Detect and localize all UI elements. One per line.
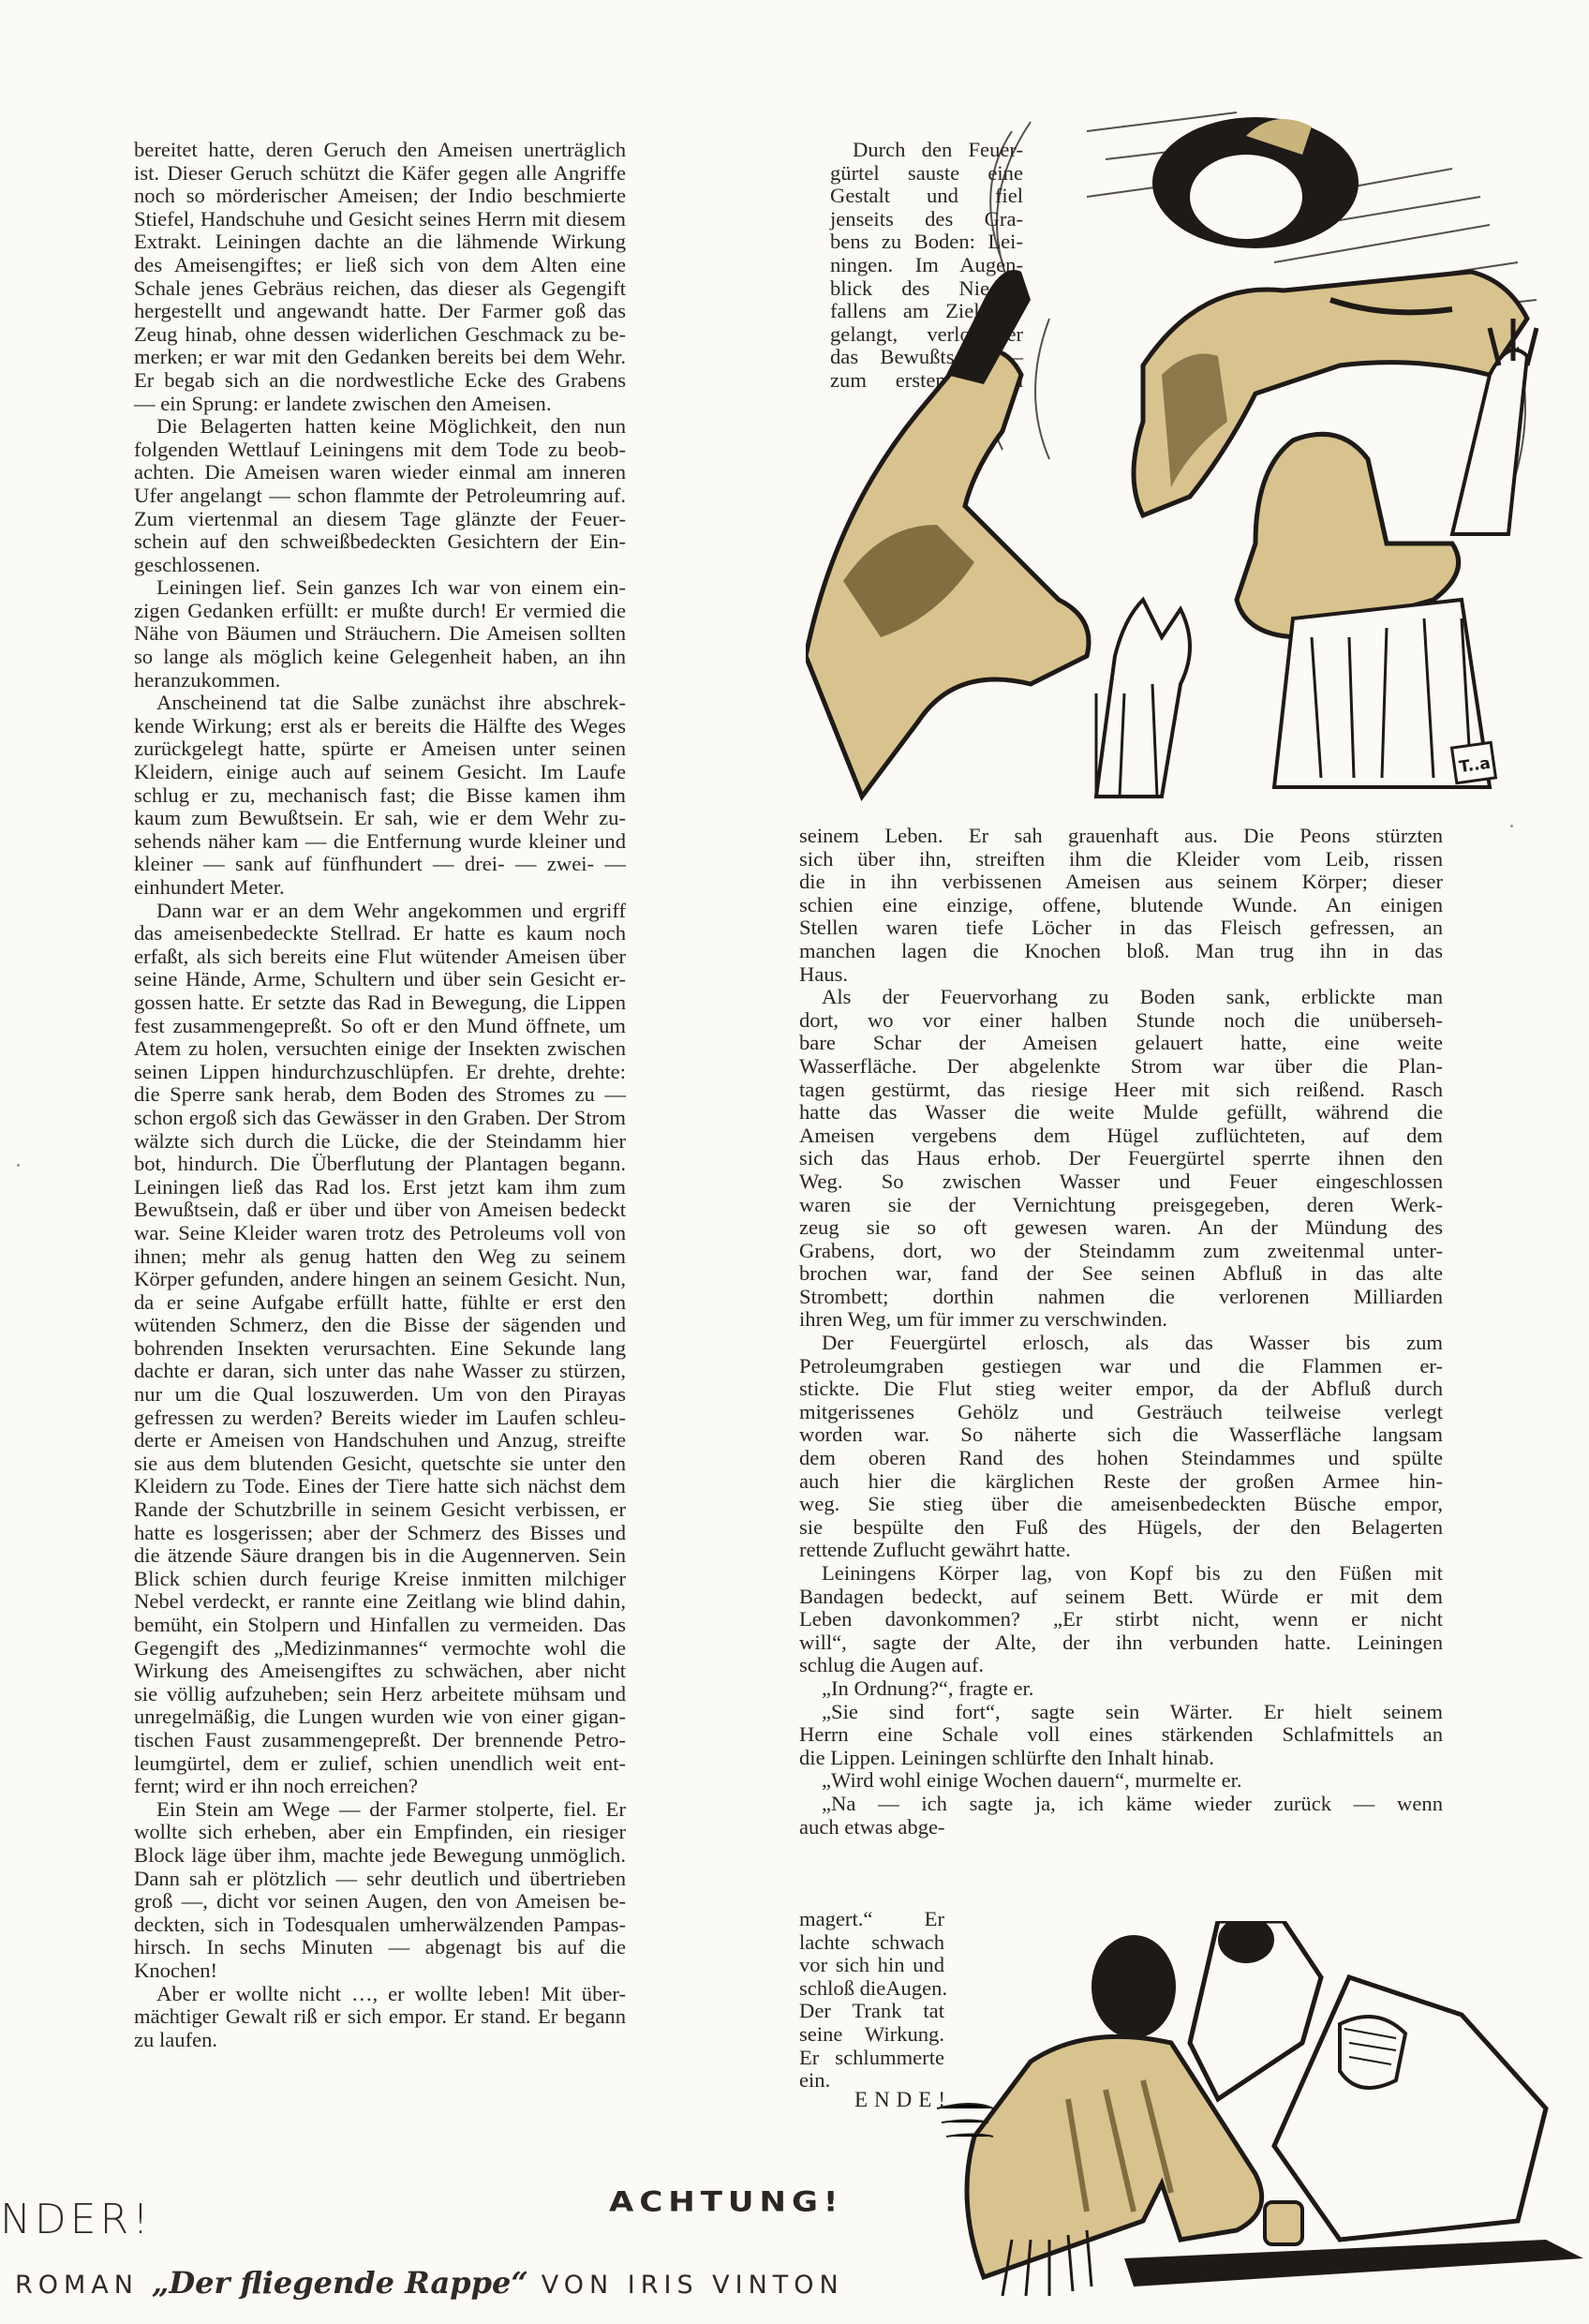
text-line: Zum viertenmal an diesem Tage glänzte de…	[134, 508, 626, 531]
text-line: deckten, sich in Todesqualen umherwälzen…	[134, 1914, 626, 1937]
text-line: Aber er wollte nicht …, er wollte leben!…	[134, 1983, 626, 2006]
text-line: einhundert Meter.	[134, 876, 626, 900]
text-line: rettende Zuflucht gewährt hatte.	[799, 1539, 1443, 1562]
text-line: tagen gestürmt, das riesige Heer mit sic…	[799, 1079, 1443, 1102]
text-line: wütenden Schmerz, den die Bisse der säge…	[134, 1314, 626, 1337]
text-line: ist. Dieser Geruch schützt die Käfer geg…	[134, 162, 626, 186]
text-line: Der Feuergürtel erlosch, als das Wasser …	[799, 1332, 1443, 1355]
text-line: Wirkung des Ameisengiftes zu schwächen, …	[134, 1660, 626, 1683]
banner-roman-title: „Der fliegende Rappe“	[152, 2265, 528, 2301]
text-line: bare Schar der Ameisen gelauert hatte, e…	[799, 1032, 1443, 1055]
text-line: Nähe von Bäumen und Sträuchern. Die Amei…	[134, 622, 626, 646]
bowl-icon	[1265, 2202, 1302, 2244]
text-line: schlug er zu, mechanisch fast; die Bisse…	[134, 784, 626, 808]
text-line: stickte. Die Flut stieg weiter empor, da…	[799, 1378, 1443, 1401]
text-line: Er begab sich an die nordwestliche Ecke …	[134, 369, 626, 393]
center-hands-figure	[1096, 600, 1190, 797]
text-line: sie völlig aufzuheben; sein Herz arbeite…	[134, 1683, 626, 1706]
text-line: Ufer angelangt — schon flammte der Petro…	[134, 484, 626, 508]
text-line: sie bespülte den Fuß des Hügels, der den…	[799, 1516, 1443, 1540]
text-line: heranzukommen.	[134, 669, 626, 693]
text-line: zu laufen.	[134, 2029, 626, 2052]
text-line: Zeug hinab, ohne dessen widerlichen Gesc…	[134, 323, 626, 347]
text-line: noch so mörderischer Ameisen; der Indio …	[134, 185, 626, 208]
text-line: ihren Weg, um für immer zu verschwinden.	[799, 1308, 1443, 1332]
banner-partial-word: NDER!	[0, 2196, 153, 2243]
text-line: erfaßt, als sich bereits eine Flut wüten…	[134, 946, 626, 969]
text-line: die Sperre sank herab, dem Boden des Str…	[134, 1083, 626, 1107]
text-line: waren sie der Vernichtung preisgegeben, …	[799, 1194, 1443, 1217]
text-line: zigen Gedanken erfüllt: er mußte durch! …	[134, 600, 626, 623]
text-line: brochen war, fand der See seinen Abfluß …	[799, 1262, 1443, 1286]
text-line: sich das Haus erhob. Der Feuergürtel spe…	[799, 1147, 1443, 1170]
text-line: schlug die Augen auf.	[799, 1654, 1443, 1677]
text-line: das ameisenbedeckte Stellrad. Er hatte e…	[134, 922, 626, 946]
text-line: Ameisen vergebens dem Hügel zuflüchteten…	[799, 1125, 1443, 1148]
text-line: schien eine einzige, offene, blutende Wu…	[799, 894, 1443, 917]
text-line: tischen Faust zusammengepreßt. Der brenn…	[134, 1729, 626, 1752]
artist-signature-icon: T..a	[1452, 742, 1496, 782]
sombrero-man-figure	[1237, 319, 1537, 787]
text-line: folgenden Wettlauf Leiningens mit dem To…	[134, 439, 626, 462]
text-line: fernt; wird er ihn noch erreichen?	[134, 1775, 626, 1798]
leaping-man-illustration: T..a	[806, 94, 1589, 815]
text-line: die ätzende Säure drangen bis in die Aug…	[134, 1544, 626, 1568]
text-line: hergestellt und angewandt hatte. Der Far…	[134, 300, 626, 323]
text-line: Körper gefunden, andere hingen an seinem…	[134, 1268, 626, 1291]
text-line: Leben davonkommen? „Er stirbt nicht, wen…	[799, 1608, 1443, 1631]
text-line: derte er Ameisen von Handschuhen und Anz…	[134, 1429, 626, 1452]
text-line: kende Wirkung; erst als er bereits die H…	[134, 715, 626, 738]
text-line: bot, hindurch. Die Überflutung der Plant…	[134, 1153, 626, 1176]
text-line: Der Trank tat	[799, 2000, 944, 2023]
text-line: kleiner — sank auf fünfhundert — drei- —…	[134, 853, 626, 876]
text-line: vor sich hin und	[799, 1954, 944, 1977]
text-line: war. Seine Kleider waren trotz des Petro…	[134, 1222, 626, 1245]
banner-novel-announcement: ROMAN„Der fliegende Rappe“VON IRIS VINTO…	[15, 2265, 844, 2301]
text-line: geschlossenen.	[134, 554, 626, 577]
banner-achtung-heading: ACHTUNG!	[609, 2186, 843, 2218]
text-line: Strombett; dorthin nahmen die verlorenen…	[799, 1286, 1443, 1309]
text-line: Kleidern zu Tode. Eines der Tiere hatte …	[134, 1475, 626, 1498]
text-line: nur um die Qual loszuwerden. Um von den …	[134, 1383, 626, 1407]
text-line: „In Ordnung?“, fragte er.	[799, 1677, 1443, 1701]
left-man-figure	[806, 270, 1089, 797]
text-line: sehends näher kam — die Entfernung wurde…	[134, 830, 626, 854]
text-line: Nebel verdeckt, er rannte eine Zeitlang …	[134, 1590, 626, 1614]
text-line: auch etwas abge-	[799, 1816, 1443, 1840]
text-line: Leiningen lief. Sein ganzes Ich war von …	[134, 576, 626, 600]
text-line: Kleidern, einige auch auf seinem Gesicht…	[134, 761, 626, 784]
text-line: gossen hatte. Er setzte das Rad in Beweg…	[134, 991, 626, 1015]
text-line: fest zusammengepreßt. So oft er den Mund…	[134, 1015, 626, 1038]
standing-attendant-figure	[1190, 1921, 1321, 2099]
text-line: ihnen; mehr als genug hatten den Weg zu …	[134, 1245, 626, 1269]
text-line: Als der Feuervorhang zu Boden sank, erbl…	[799, 986, 1443, 1009]
text-line: mächtiger Gewalt riß er sich empor. Er s…	[134, 2005, 626, 2029]
text-line: so lange als möglich keine Gelegenheit h…	[134, 646, 626, 669]
text-line: zurückgelegt hatte, spürte er Ameisen un…	[134, 737, 626, 761]
text-line: Atem zu holen, versuchten einige der Ins…	[134, 1037, 626, 1061]
text-line: die in ihn verbissenen Ameisen aus seine…	[799, 871, 1443, 894]
text-line: bohrenden Insekten verursachten. Eine Se…	[134, 1337, 626, 1361]
text-line: magert.“ Er	[799, 1908, 944, 1931]
text-line: kaum zum Bewußtsein. Er sah, wie er dem …	[134, 807, 626, 830]
text-line: Stellen waren tiefe Löcher in das Fleisc…	[799, 916, 1443, 940]
text-line: Schale jenes Gebräus reichen, das dieser…	[134, 277, 626, 301]
text-line: achten. Die Ameisen waren wieder einmal …	[134, 461, 626, 484]
bedside-illustration	[937, 1921, 1589, 2324]
text-line: Stiefel, Handschuhe und Gesicht seines H…	[134, 208, 626, 231]
text-line: leumgürtel, dem er zulief, schien unendl…	[134, 1752, 626, 1776]
text-line: Extrakt. Leiningen dachte an die lähmend…	[134, 231, 626, 254]
text-line: hatte das Wasser die weite Mulde gefüllt…	[799, 1101, 1443, 1125]
text-line: schloß dieAugen.	[799, 1977, 944, 2001]
text-line: Grabens, dort, wo der Steindamm zum zwei…	[799, 1240, 1443, 1263]
text-line: die Lippen. Leiningen schlürfte den Inha…	[799, 1747, 1443, 1770]
text-line: Bandagen bedeckt, auf seinem Bett. Würde…	[799, 1586, 1443, 1609]
text-line: Ein Stein am Wege — der Farmer stolperte…	[134, 1798, 626, 1822]
text-line: Leiningens Körper lag, von Kopf bis zu d…	[799, 1562, 1443, 1586]
right-main-text-column: seinem Leben. Er sah grauenhaft aus. Die…	[799, 825, 1443, 1839]
text-line: weg. Sie stieg über die ameisenbedeckten…	[799, 1493, 1443, 1516]
text-line: Dann war er an dem Wehr angekommen und e…	[134, 900, 626, 923]
right-bottom-text-column: magert.“ Erlachte schwachvor sich hin un…	[799, 1908, 944, 2093]
text-line: mitgerissenes Gehölz und Gesträuch teilw…	[799, 1401, 1443, 1424]
text-line: unregelmäßig, die Lungen wurden wie von …	[134, 1706, 626, 1729]
text-line: seine Hände, Arme, Schultern und über se…	[134, 968, 626, 991]
text-line: schon ergoß sich das Gewässer in den Gra…	[134, 1107, 626, 1130]
text-line: des Ameisengiftes; er ließ sich von dem …	[134, 254, 626, 277]
text-line: manchen lagen die Knochen bloß. Man trug…	[799, 940, 1443, 963]
text-line: dem oberen Rand des hohen Steindammes un…	[799, 1447, 1443, 1470]
paper-speck	[17, 1164, 20, 1167]
text-line: da er seine Aufgabe erfüllt hatte, fühlt…	[134, 1291, 626, 1315]
text-line: worden war. So näherte sich die Wasserfl…	[799, 1423, 1443, 1447]
text-line: seinen Lippen hindurchzuschlüpfen. Er dr…	[134, 1061, 626, 1084]
text-line: will“, sagte der Alte, der ihn verbunden…	[799, 1631, 1443, 1655]
text-line: gefressen zu werden? Bereits wieder im L…	[134, 1407, 626, 1430]
text-line: „Na — ich sagte ja, ich käme wieder zurü…	[799, 1793, 1443, 1816]
text-line: wälzte sich durch die Lücke, die der Ste…	[134, 1130, 626, 1154]
text-line: sie aus dem blutenden Gesicht, quetschte…	[134, 1452, 626, 1476]
text-line: Dann sah er plötzlich — sehr deutlich un…	[134, 1868, 626, 1891]
text-line: Haus.	[799, 963, 1443, 987]
text-line: hatte es losgerissen; aber der Schmerz d…	[134, 1522, 626, 1545]
text-line: bereitet hatte, deren Geruch den Ameisen…	[134, 139, 626, 162]
text-line: dort, wo vor einer halben Stunde noch di…	[799, 1009, 1443, 1033]
text-line: Weg. So zwischen Wasser und Feuer einges…	[799, 1170, 1443, 1194]
text-line: „Wird wohl einige Wochen dauern“, murmel…	[799, 1769, 1443, 1793]
text-line: „Sie sind fort“, sagte sein Wärter. Er h…	[799, 1701, 1443, 1724]
text-line: hirsch. In sechs Minuten — abgenagt bis …	[134, 1936, 626, 1959]
text-line: seinem Leben. Er sah grauenhaft aus. Die…	[799, 825, 1443, 848]
text-line: wollte sich erheben, aber ein Empfinden,…	[134, 1821, 626, 1844]
text-line: sich über ihn, streiften ihm die Kleider…	[799, 848, 1443, 871]
paper-speck	[1510, 825, 1513, 827]
banner-roman-prefix: ROMAN	[15, 2271, 139, 2300]
text-line: Blick schien durch feurige Kreise inmitt…	[134, 1568, 626, 1591]
text-line: Er schlummerte	[799, 2047, 944, 2070]
banner-roman-author: VON IRIS VINTON	[542, 2271, 844, 2300]
text-line: seine Wirkung.	[799, 2023, 944, 2047]
text-line: schein auf den schweißbedeckten Gesichte…	[134, 530, 626, 554]
text-line: groß —, dicht vor seinen Augen, den von …	[134, 1890, 626, 1914]
text-line: Petroleumgraben gestiegen war und die Fl…	[799, 1355, 1443, 1378]
text-line: auch hier die kärglichen Reste der große…	[799, 1470, 1443, 1494]
left-text-column: bereitet hatte, deren Geruch den Ameisen…	[134, 139, 626, 2051]
text-line: Block läge über ihm, machte jede Bewegun…	[134, 1844, 626, 1868]
text-line: Wasserfläche. Der abgelenkte Strom war ü…	[799, 1055, 1443, 1079]
text-line: lachte schwach	[799, 1931, 944, 1955]
text-line: zeug sie so oft gewesen waren. An der Mü…	[799, 1216, 1443, 1240]
text-line: merken; er war mit den Gedanken bereits …	[134, 346, 626, 369]
text-line: bemüht, ein Stolpern und Hinfallen zu ve…	[134, 1614, 626, 1637]
text-line: Leiningen ließ das Rad los. Erst jetzt k…	[134, 1176, 626, 1199]
text-line: Gegengift des „Medizinmannes“ vermochte …	[134, 1637, 626, 1661]
text-line: Herrn eine Schale voll eines stärkenden …	[799, 1723, 1443, 1747]
text-line: — ein Sprung: er landete zwischen den Am…	[134, 393, 626, 416]
text-line: Anscheinend tat die Salbe zunächst ihre …	[134, 692, 626, 715]
text-line: Die Belagerten hatten keine Möglichkeit,…	[134, 415, 626, 439]
text-line: Rande der Schutzbrille in seinem Gesicht…	[134, 1498, 626, 1522]
text-line: dachte er daran, sich unter das nahe Was…	[134, 1360, 626, 1383]
text-line: Bewußtsein, daß er über und über von Ame…	[134, 1199, 626, 1222]
text-line: Knochen!	[134, 1959, 626, 1983]
